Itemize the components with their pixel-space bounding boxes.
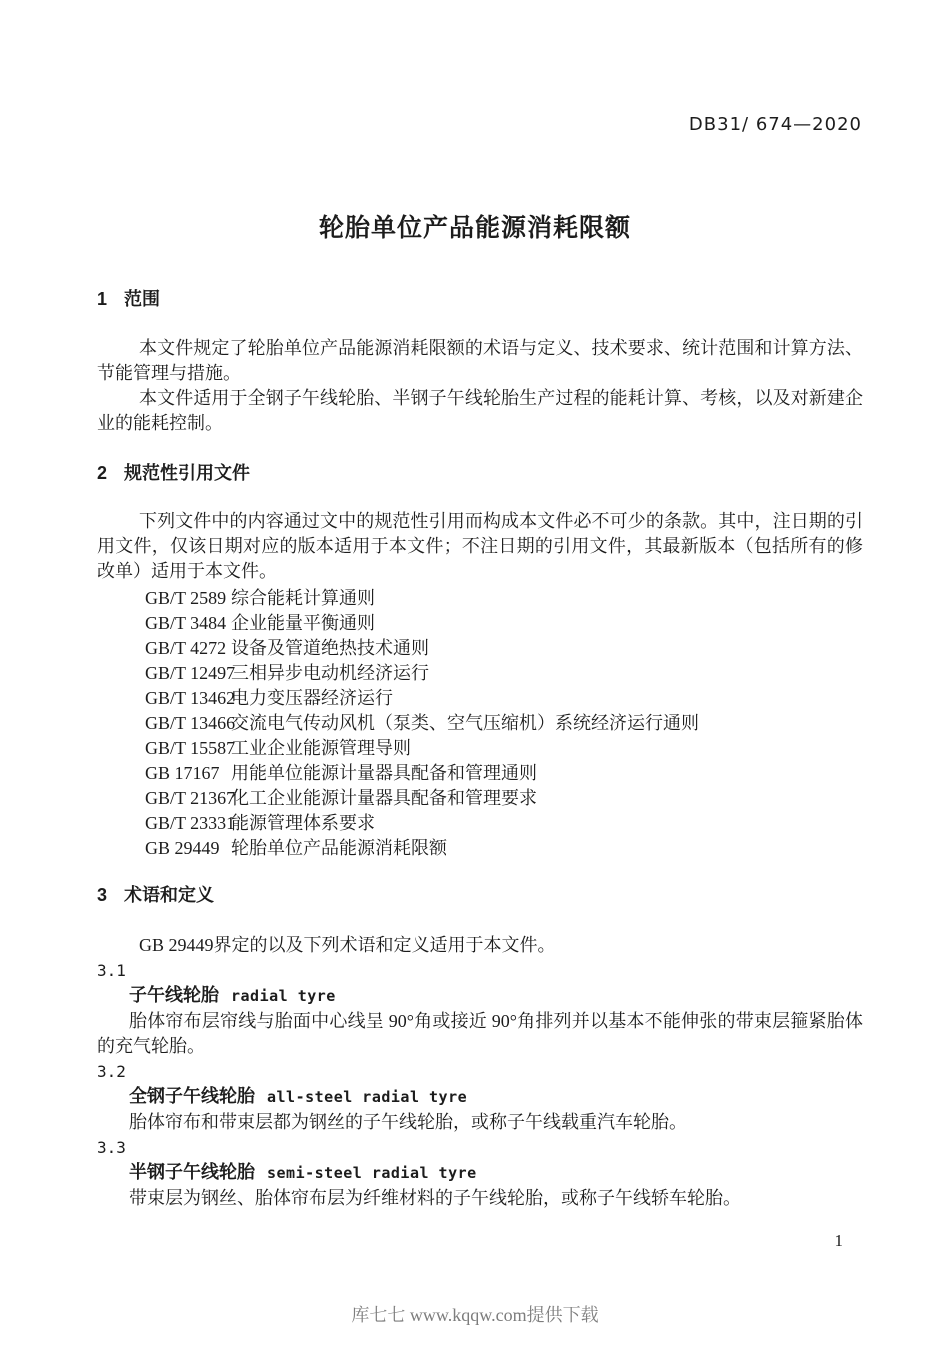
normative-references-list: GB/T 2589 综合能耗计算通则 GB/T 3484 企业能量平衡通则 GB… bbox=[97, 586, 863, 861]
reference-title: 能源管理体系要求 bbox=[231, 811, 863, 836]
term-number: 3.2 bbox=[97, 1059, 863, 1084]
section-title: 规范性引用文件 bbox=[124, 463, 250, 483]
reference-item: GB 17167 用能单位能源计量器具配备和管理通则 bbox=[145, 761, 863, 786]
reference-title: 化工企业能源计量器具配备和管理要求 bbox=[231, 786, 863, 811]
term-number: 3.1 bbox=[97, 958, 863, 983]
reference-title: 设备及管道绝热技术通则 bbox=[231, 636, 863, 661]
reference-code: GB/T 13466 bbox=[145, 711, 231, 736]
term-name-en: all-steel radial tyre bbox=[267, 1088, 467, 1106]
reference-item: GB/T 13462 电力变压器经济运行 bbox=[145, 686, 863, 711]
watermark-footer: 库七七 www.kqqw.com提供下载 bbox=[0, 1301, 950, 1327]
term-3-2: 3.2 全钢子午线轮胎all-steel radial tyre 胎体帘布和带束… bbox=[97, 1059, 863, 1135]
terms-intro-paragraph: GB 29449界定的以及下列术语和定义适用于本文件。 bbox=[97, 933, 863, 958]
reference-code: GB/T 15587 bbox=[145, 736, 231, 761]
references-intro-paragraph: 下列文件中的内容通过文中的规范性引用而构成本文件必不可少的条款。其中，注日期的引… bbox=[97, 509, 863, 584]
reference-code: GB/T 21367 bbox=[145, 786, 231, 811]
reference-title: 轮胎单位产品能源消耗限额 bbox=[231, 836, 863, 861]
document-page: DB31/ 674—2020 轮胎单位产品能源消耗限额 1范围 本文件规定了轮胎… bbox=[0, 0, 950, 1345]
term-name-zh: 半钢子午线轮胎 bbox=[129, 1162, 255, 1182]
reference-code: GB/T 2589 bbox=[145, 586, 231, 611]
reference-item: GB/T 12497 三相异步电动机经济运行 bbox=[145, 661, 863, 686]
reference-code: GB/T 23331 bbox=[145, 811, 231, 836]
reference-title: 电力变压器经济运行 bbox=[231, 686, 863, 711]
term-3-1: 3.1 子午线轮胎radial tyre 胎体帘布层帘线与胎面中心线呈 90°角… bbox=[97, 958, 863, 1059]
section-1-heading: 1范围 bbox=[97, 287, 863, 312]
section-title: 范围 bbox=[124, 289, 160, 309]
reference-code: GB/T 4272 bbox=[145, 636, 231, 661]
reference-item: GB/T 3484 企业能量平衡通则 bbox=[145, 611, 863, 636]
reference-code: GB 29449 bbox=[145, 836, 231, 861]
reference-title: 企业能量平衡通则 bbox=[231, 611, 863, 636]
term-name: 子午线轮胎radial tyre bbox=[97, 983, 863, 1009]
term-3-3: 3.3 半钢子午线轮胎semi-steel radial tyre 带束层为钢丝… bbox=[97, 1135, 863, 1211]
reference-title: 综合能耗计算通则 bbox=[231, 586, 863, 611]
term-definition: 带束层为钢丝、胎体帘布层为纤维材料的子午线轮胎，或称子午线轿车轮胎。 bbox=[97, 1186, 863, 1211]
term-name-zh: 子午线轮胎 bbox=[129, 985, 219, 1005]
standard-number: DB31/ 674—2020 bbox=[689, 114, 862, 135]
reference-item: GB/T 21367 化工企业能源计量器具配备和管理要求 bbox=[145, 786, 863, 811]
term-name: 半钢子午线轮胎semi-steel radial tyre bbox=[97, 1160, 863, 1186]
document-body: 1范围 本文件规定了轮胎单位产品能源消耗限额的术语与定义、技术要求、统计范围和计… bbox=[97, 287, 863, 1211]
section-number: 1 bbox=[97, 287, 107, 312]
term-name-zh: 全钢子午线轮胎 bbox=[129, 1086, 255, 1106]
term-number: 3.3 bbox=[97, 1135, 863, 1160]
reference-item: GB/T 4272 设备及管道绝热技术通则 bbox=[145, 636, 863, 661]
section-number: 2 bbox=[97, 461, 107, 486]
reference-item: GB/T 23331 能源管理体系要求 bbox=[145, 811, 863, 836]
scope-paragraph-2: 本文件适用于全钢子午线轮胎、半钢子午线轮胎生产过程的能耗计算、考核，以及对新建企… bbox=[97, 386, 863, 436]
reference-title: 工业企业能源管理导则 bbox=[231, 736, 863, 761]
reference-title: 用能单位能源计量器具配备和管理通则 bbox=[231, 761, 863, 786]
section-number: 3 bbox=[97, 883, 107, 908]
reference-title: 交流电气传动风机（泵类、空气压缩机）系统经济运行通则 bbox=[231, 711, 863, 736]
reference-code: GB/T 13462 bbox=[145, 686, 231, 711]
reference-code: GB/T 12497 bbox=[145, 661, 231, 686]
term-name-en: radial tyre bbox=[231, 987, 336, 1005]
reference-item: GB/T 15587 工业企业能源管理导则 bbox=[145, 736, 863, 761]
term-definition: 胎体帘布和带束层都为钢丝的子午线轮胎，或称子午线载重汽车轮胎。 bbox=[97, 1110, 863, 1135]
section-3-heading: 3术语和定义 bbox=[97, 883, 863, 908]
scope-paragraph-1: 本文件规定了轮胎单位产品能源消耗限额的术语与定义、技术要求、统计范围和计算方法、… bbox=[97, 336, 863, 386]
term-definition: 胎体帘布层帘线与胎面中心线呈 90°角或接近 90°角排列并以基本不能伸张的带束… bbox=[97, 1009, 863, 1059]
term-name: 全钢子午线轮胎all-steel radial tyre bbox=[97, 1084, 863, 1110]
term-name-en: semi-steel radial tyre bbox=[267, 1164, 477, 1182]
reference-code: GB 17167 bbox=[145, 761, 231, 786]
reference-title: 三相异步电动机经济运行 bbox=[231, 661, 863, 686]
section-2-heading: 2规范性引用文件 bbox=[97, 461, 863, 486]
reference-item: GB/T 13466 交流电气传动风机（泵类、空气压缩机）系统经济运行通则 bbox=[145, 711, 863, 736]
page-number: 1 bbox=[835, 1231, 844, 1251]
reference-item: GB/T 2589 综合能耗计算通则 bbox=[145, 586, 863, 611]
section-title: 术语和定义 bbox=[124, 885, 214, 905]
document-title: 轮胎单位产品能源消耗限额 bbox=[0, 208, 950, 244]
reference-item: GB 29449 轮胎单位产品能源消耗限额 bbox=[145, 836, 863, 861]
reference-code: GB/T 3484 bbox=[145, 611, 231, 636]
